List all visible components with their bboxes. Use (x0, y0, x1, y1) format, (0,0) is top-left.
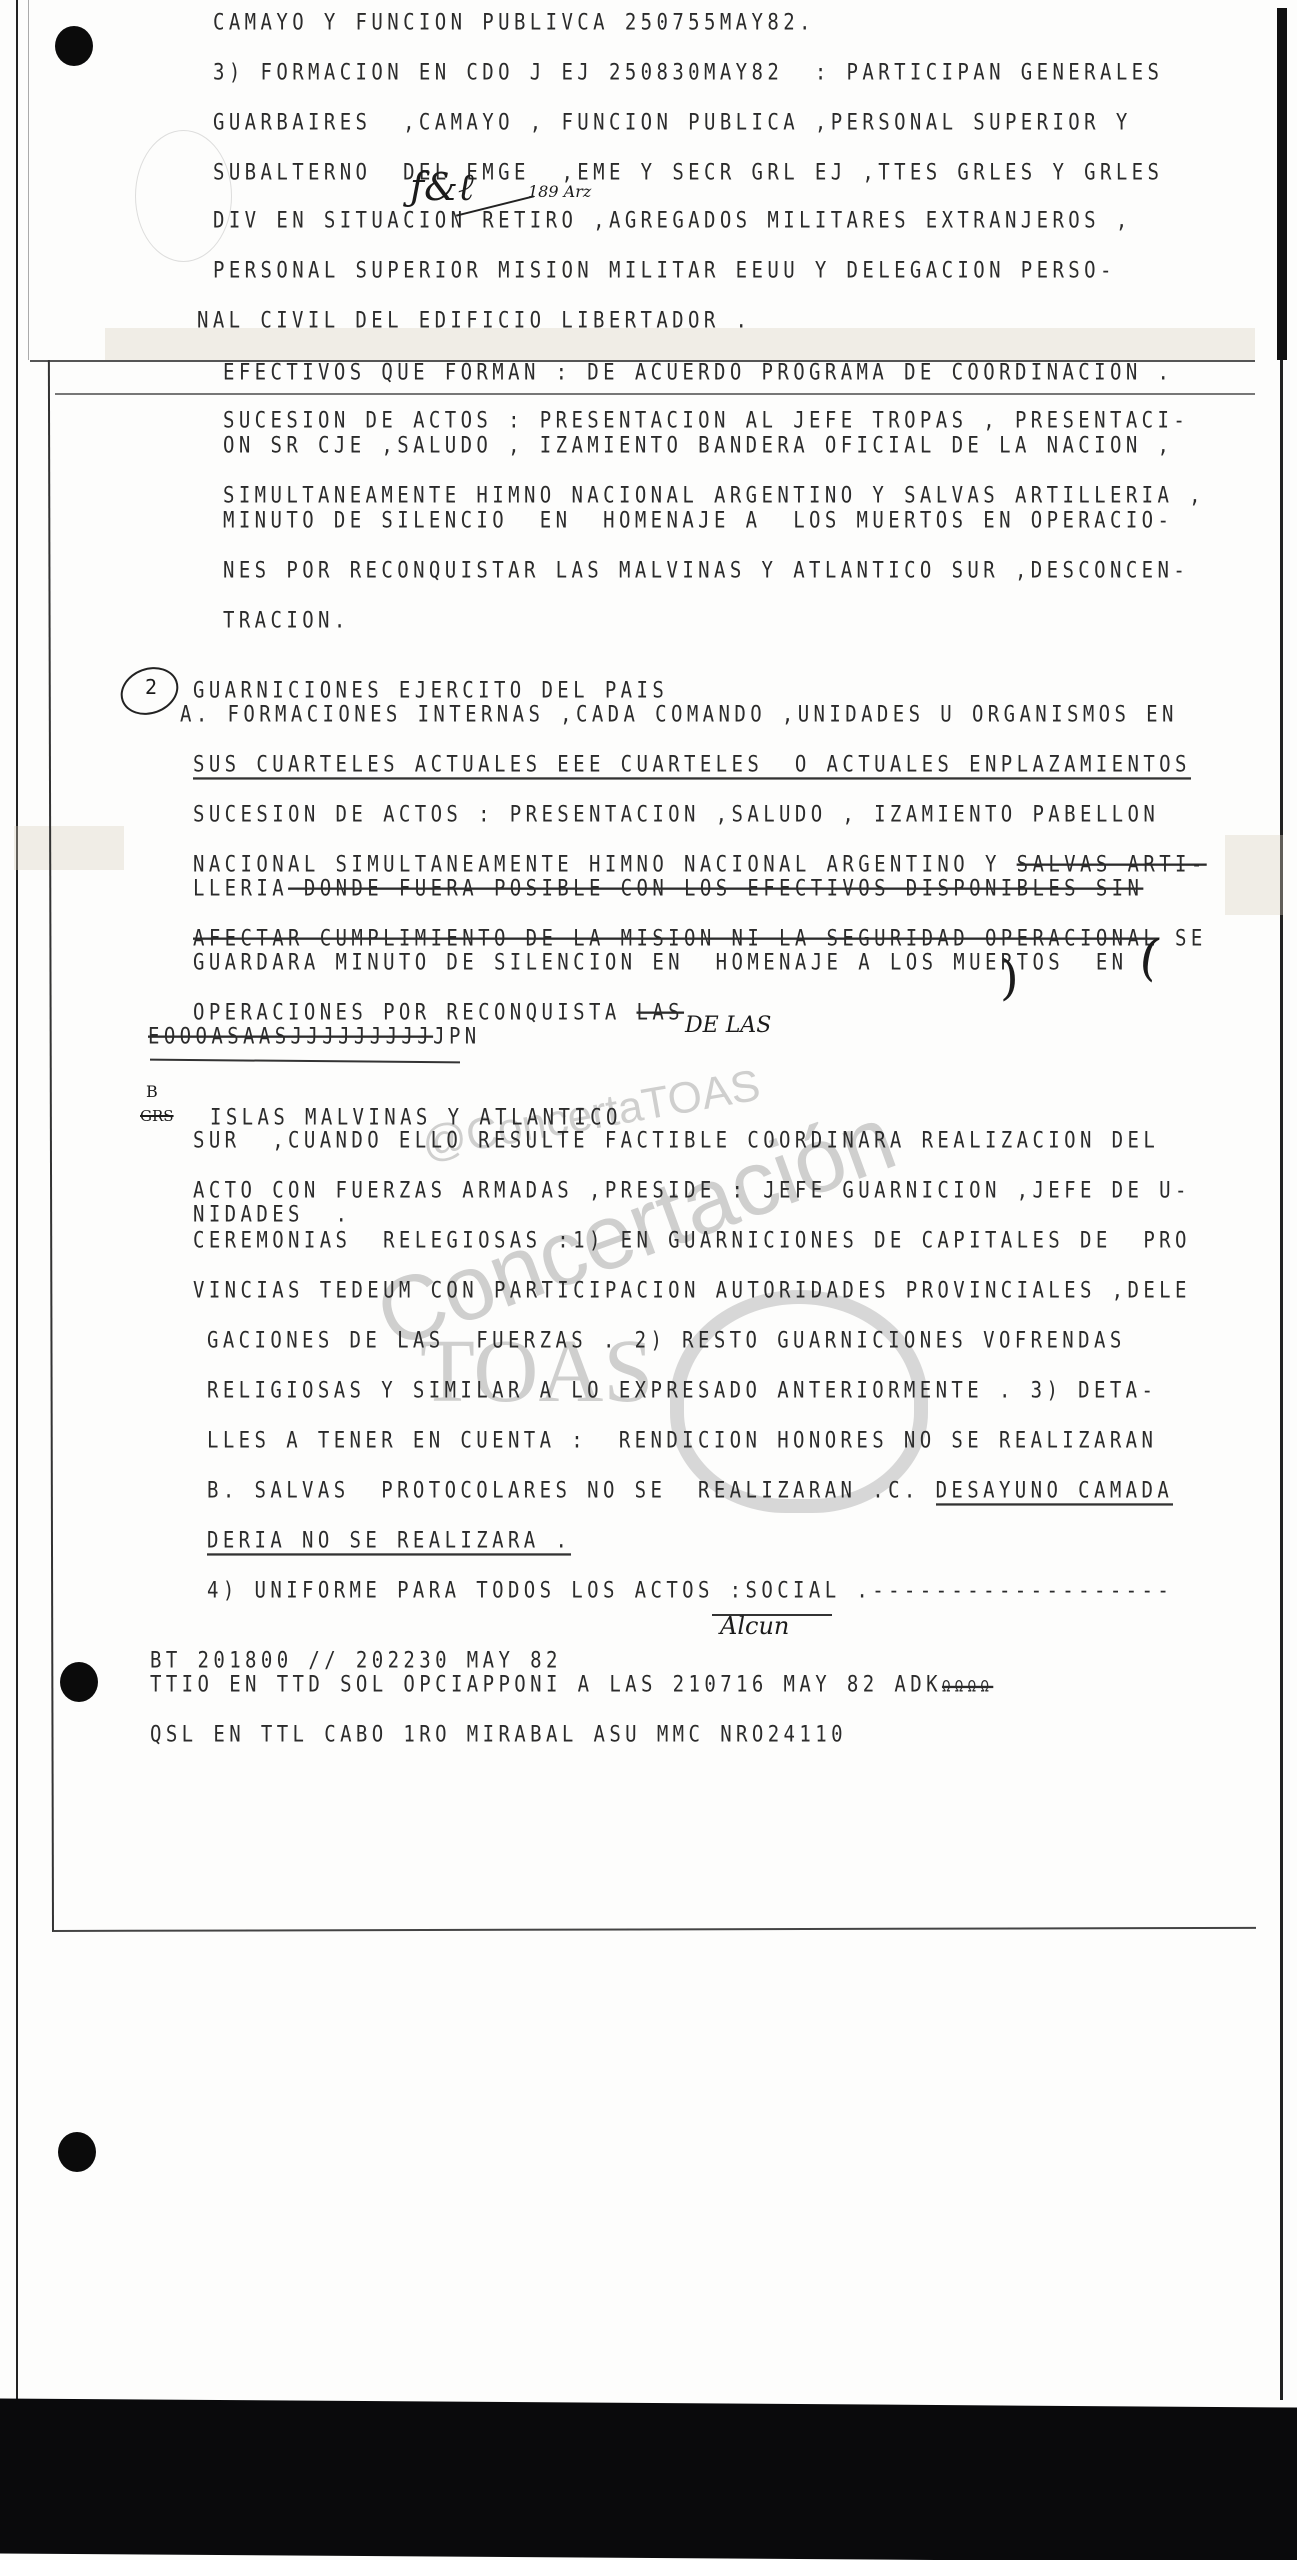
text-line: RELIGIOSAS Y SIMILAR A LO EXPRESADO ANTE… (207, 1378, 1157, 1403)
stamp-circle (135, 130, 232, 262)
text-line: SUCESION DE ACTOS : PRESENTACION ,SALUDO… (193, 802, 1159, 827)
scanned-document: @ConcertaTOAS Concertación TOAS CAMAYO Y… (0, 0, 1297, 2560)
text-line: EFECTIVOS QUE FORMAN : DE ACUERDO PROGRA… (223, 360, 1173, 385)
text-line: BT 201800 // 202230 MAY 82 (150, 1648, 562, 1673)
text-line: SUR ,CUANDO ELLO RESULTE FACTIBLE COORDI… (193, 1128, 1159, 1153)
text-line: CAMAYO Y FUNCION PUBLIVCA 250755MAY82. (213, 10, 815, 35)
text-line: CEREMONIAS RELEGIOSAS :1) EN GUARNICIONE… (193, 1228, 1191, 1253)
text-line: ON SR CJE ,SALUDO , IZAMIENTO BANDERA OF… (223, 433, 1173, 458)
text-line: 4) UNIFORME PARA TODOS LOS ACTOS :SOCIAL… (207, 1578, 1173, 1603)
text-line: SIMULTANEAMENTE HIMNO NACIONAL ARGENTINO… (223, 483, 1205, 508)
text-line: OPERACIONES POR RECONQUISTA LAS (193, 1000, 684, 1025)
upper-sheet-left-edge (28, 0, 29, 360)
text-line: QSL EN TTL CABO 1RO MIRABAL ASU MMC NRO2… (150, 1722, 847, 1747)
text-line: MINUTO DE SILENCIO EN HOMENAJE A LOS MUE… (223, 508, 1173, 533)
struck-text: EOOOASAASJJJJJJJJJ (148, 1024, 433, 1049)
scan-bottom-band (0, 2398, 1297, 2560)
page-left-edge (16, 0, 18, 2410)
text-line: VINCIAS TEDEUM CON PARTICIPACION AUTORID… (193, 1278, 1191, 1303)
text-line: LLES A TENER EN CUENTA : RENDICION HONOR… (207, 1428, 1157, 1453)
section-heading: GUARNICIONES EJERCITO DEL PAIS (193, 678, 668, 703)
text-line: AFECTAR CUMPLIMIENTO DE LA MISION NI LA … (193, 926, 1207, 951)
text-line-underlined: DERIA NO SE REALIZARA . (207, 1528, 571, 1556)
text-line: NACIONAL SIMULTANEAMENTE HIMNO NACIONAL … (193, 852, 1207, 877)
text-line: NAL CIVIL DEL EDIFICIO LIBERTADOR . (197, 308, 751, 333)
text-line: GUARDARA MINUTO DE SILENCION EN HOMENAJE… (193, 950, 1128, 975)
text-line: NES POR RECONQUISTAR LAS MALVINAS Y ATLA… (223, 558, 1189, 583)
text-line: B. SALVAS PROTOCOLARES NO SE REALIZARAN … (207, 1478, 1173, 1503)
text-line: LLERIA DONDE FUERA POSIBLE CON LOS EFECT… (193, 876, 1143, 901)
struck-text: ΩΩΩΩ (942, 1678, 993, 1696)
text-line: NIDADES . (193, 1202, 351, 1227)
lower-sheet-right-edge (1280, 360, 1283, 2400)
text-line: TTIO EN TTD SOL OPCIAPPONI A LAS 210716 … (150, 1672, 993, 1697)
text-line: ISLAS MALVINAS Y ATLANTICO (210, 1105, 622, 1130)
text-line: PERSONAL SUPERIOR MISION MILITAR EEUU Y … (213, 258, 1116, 283)
handwritten-signature: ƒ&ℓ (410, 165, 474, 210)
struck-text: SALVAS ARTI- (1017, 852, 1207, 877)
text-line: TRACION. (223, 608, 350, 633)
punch-hole (58, 2132, 96, 2172)
text-line: GACIONES DE LAS FUERZAS . 2) RESTO GUARN… (207, 1328, 1126, 1353)
underlined-text: DESAYUNO CAMADA (936, 1478, 1174, 1506)
struck-text: LAS (637, 1000, 685, 1025)
handwritten-letter: B (146, 1082, 158, 1101)
text-line: DIV EN SITUACION RETIRO ,AGREGADOS MILIT… (213, 208, 1132, 233)
text-line: 3) FORMACION EN CDO J EJ 250830MAY82 : P… (213, 60, 1163, 85)
section-number: 2 (145, 675, 157, 699)
struck-text: DONDE FUERA POSIBLE CON LOS EFECTIVOS DI… (288, 876, 1143, 901)
punch-hole (55, 26, 93, 66)
struck-abbreviation: GRS (140, 1107, 174, 1125)
text-line: SUBALTERNO DEL EMGE ,EME Y SECR GRL EJ ,… (213, 160, 1163, 185)
text-line: GUARBAIRES ,CAMAYO , FUNCION PUBLICA ,PE… (213, 110, 1132, 135)
struck-text: AFECTAR CUMPLIMIENTO DE LA MISION NI LA … (193, 926, 1159, 951)
signature-note: 189 Arz (528, 182, 591, 201)
text-line: A. FORMACIONES INTERNAS ,CADA COMANDO ,U… (180, 702, 1178, 727)
handwritten-parenthesis: ) (1000, 950, 1019, 1006)
text-line: EOOOASAASJJJJJJJJJJPN (148, 1024, 481, 1049)
text-line: ACTO CON FUERZAS ARMADAS ,PRESIDE : JEFE… (193, 1178, 1191, 1203)
handwritten-initials: Alcun (720, 1612, 789, 1640)
handwritten-correction: DE LAS (685, 1013, 771, 1038)
text-line-underlined: SUS CUARTELES ACTUALES EEE CUARTELES O A… (193, 752, 1191, 780)
text-line: SUCESION DE ACTOS : PRESENTACION AL JEFE… (223, 408, 1189, 433)
page-right-edge (1277, 8, 1287, 360)
